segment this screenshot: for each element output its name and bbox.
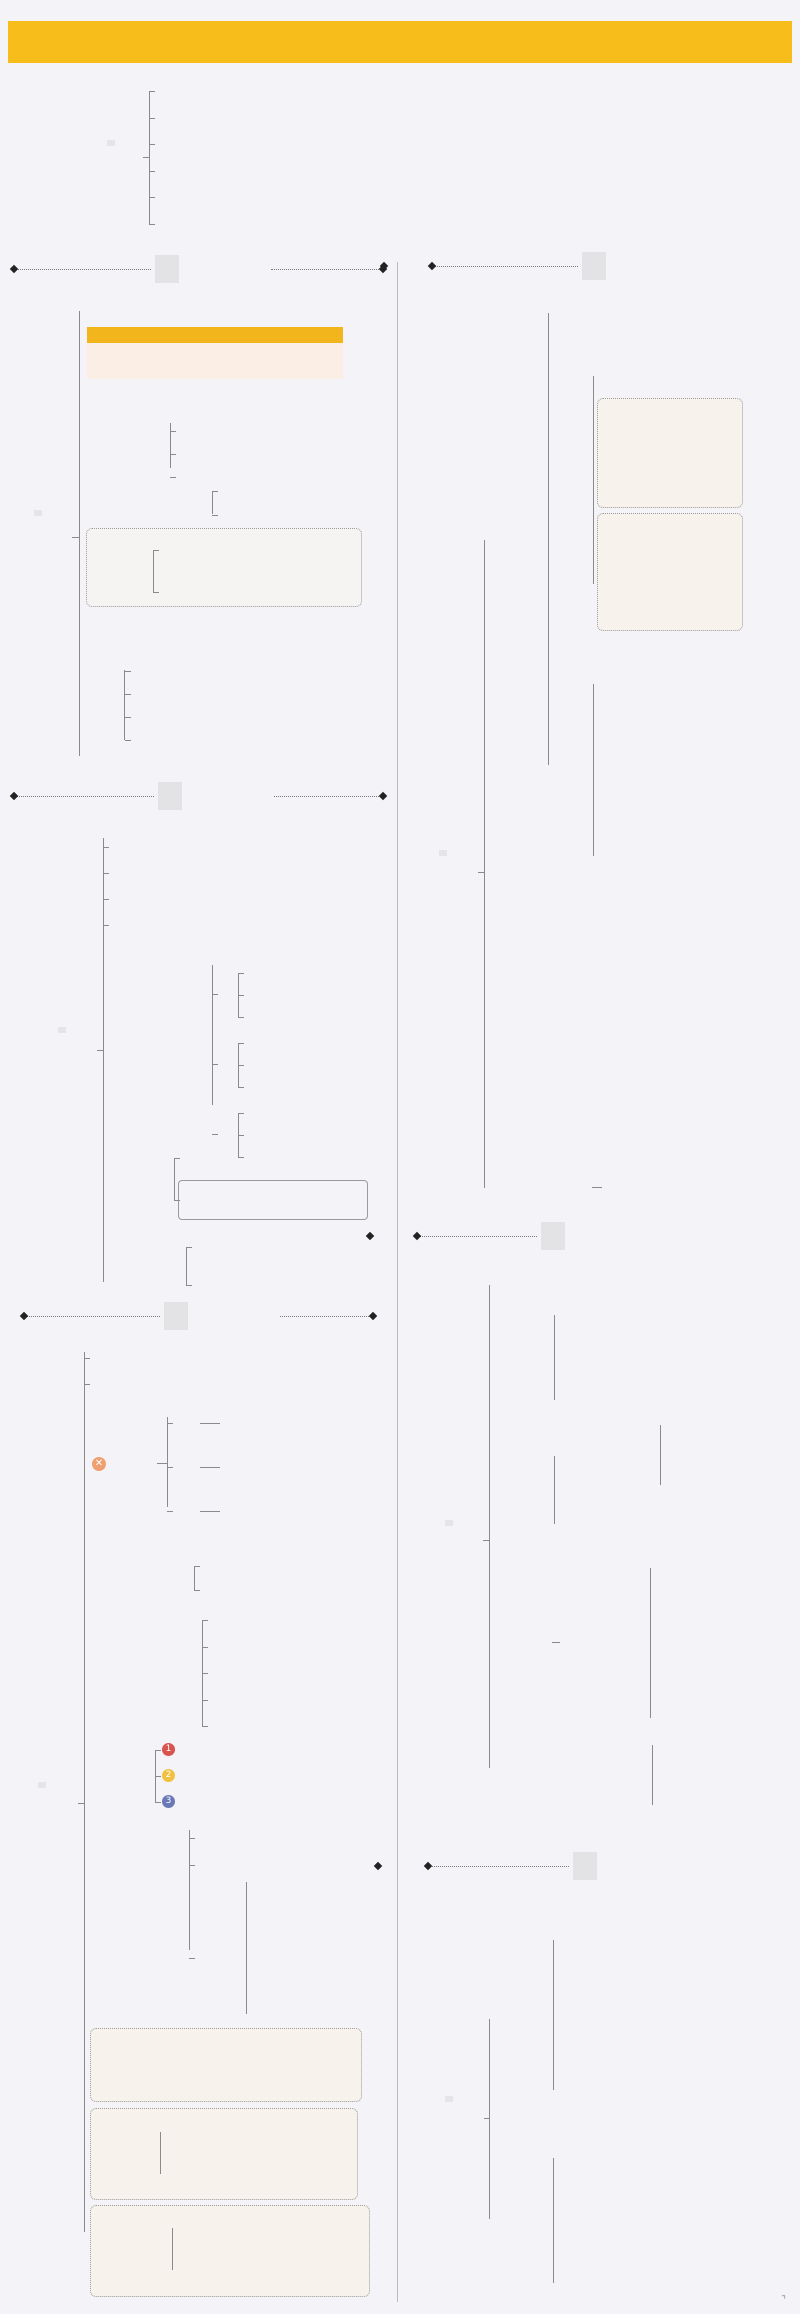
s06-section-header	[573, 1852, 597, 1880]
s02-root	[58, 1027, 66, 1033]
number-badge-icon: 2	[162, 1769, 175, 1782]
toc-root	[107, 140, 115, 146]
page-title	[8, 21, 792, 63]
table-cell	[292, 346, 343, 354]
number-badge-icon: 3	[162, 1795, 175, 1808]
s03-cat-box	[90, 2028, 362, 2102]
corner-mark: ⌝	[781, 2295, 786, 2306]
s04-section-header	[582, 252, 606, 280]
s01-section-header	[155, 255, 179, 283]
table-header	[138, 327, 189, 343]
table-cell	[87, 346, 138, 354]
table-header	[189, 327, 240, 343]
table-header	[87, 327, 138, 343]
copy-step: 2	[162, 1768, 179, 1782]
table-cell	[138, 346, 189, 354]
diamond-icon	[424, 1862, 432, 1870]
s01-pit-box	[86, 528, 362, 607]
copy-step: 3	[162, 1794, 179, 1808]
s05-section-header	[541, 1222, 565, 1250]
table-header	[292, 327, 343, 343]
s03-pit-box	[90, 2108, 358, 2200]
s02-section-header	[158, 782, 182, 810]
diamond-icon	[379, 792, 387, 800]
table-cell	[241, 346, 292, 354]
diamond-icon	[428, 262, 436, 270]
s03-root	[38, 1782, 46, 1788]
copy-step: 1	[162, 1742, 179, 1756]
s03-section-header	[164, 1302, 188, 1330]
column-divider	[397, 262, 398, 2302]
diamond-icon	[10, 265, 18, 273]
error-icon: ✕	[92, 1457, 106, 1471]
diamond-icon	[366, 1232, 374, 1240]
s04-todo-box	[597, 513, 743, 631]
diamond-icon	[10, 792, 18, 800]
competitor-table	[87, 327, 343, 379]
s04-root	[439, 850, 447, 856]
table-header	[241, 327, 292, 343]
s05-root	[445, 1520, 453, 1526]
s03-todo-box	[90, 2205, 370, 2297]
number-badge-icon: 1	[162, 1743, 175, 1756]
diamond-icon	[374, 1862, 382, 1870]
s03-errors-label: ✕	[92, 1455, 112, 1471]
s04-pit-box	[597, 398, 743, 508]
diamond-icon	[369, 1312, 377, 1320]
s01-root	[34, 510, 42, 516]
diamond-icon	[413, 1232, 421, 1240]
highlight-box	[178, 1180, 368, 1220]
diamond-icon	[20, 1312, 28, 1320]
table-cell	[189, 346, 240, 354]
s06-root	[445, 2096, 453, 2102]
